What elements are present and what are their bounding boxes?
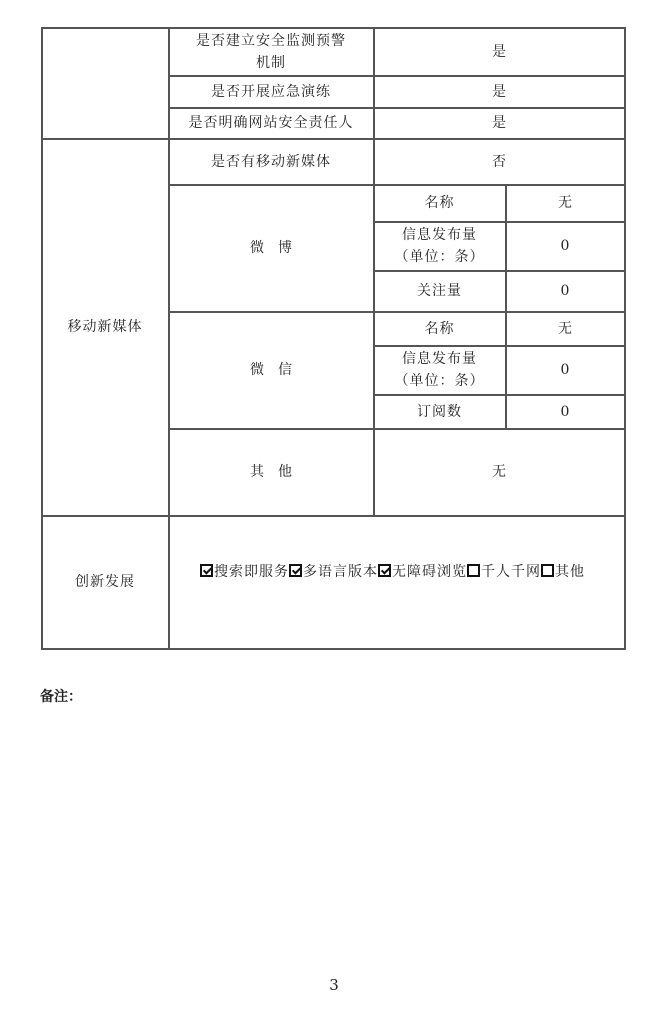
innovation-option[interactable]: 无障碍浏览 [378,564,467,580]
checkbox-checked-icon[interactable] [200,564,213,577]
innovation-options: 搜索即服务多语言版本无障碍浏览千人千网其他 [200,561,585,581]
security-label-drill: 是否开展应急演练 [169,76,373,107]
security-value-monitoring: 是 [374,28,625,75]
weibo-followers-value: 0 [506,271,625,311]
remarks-label: 备注： [40,686,82,706]
option-label: 多语言版本 [303,564,378,580]
security-value-drill: 是 [374,76,625,107]
innovation-option[interactable]: 多语言版本 [289,564,378,580]
has-mobile-media-label: 是否有移动新媒体 [169,139,373,184]
security-label-monitoring: 是否建立安全监测预警 机制 [169,28,373,75]
wechat-posts-label-unit: （单位：条） [395,370,485,392]
innovation-option[interactable]: 其他 [541,564,585,580]
innovation-section-label: 创新发展 [42,516,168,648]
weibo-posts-label: 信息发布量 （单位：条） [374,222,505,270]
security-label-responsible: 是否明确网站安全责任人 [169,108,373,138]
mobile-media-section-label: 移动新媒体 [42,139,168,515]
option-label: 搜索即服务 [214,564,289,580]
innovation-option[interactable]: 千人千网 [467,564,541,580]
checkbox-checked-icon[interactable] [289,564,302,577]
checkbox-unchecked-icon[interactable] [467,564,480,577]
page-number: 3 [0,976,668,994]
option-label: 千人千网 [481,564,541,580]
weibo-posts-label-main: 信息发布量 [402,224,477,246]
weibo-posts-label-unit: （单位：条） [395,246,485,268]
weibo-name-value: 无 [506,185,625,221]
weibo-label: 微博 [169,185,373,311]
other-media-label: 其他 [169,429,373,515]
wechat-subscribers-label: 订阅数 [374,395,505,428]
weibo-followers-label: 关注量 [374,271,505,311]
innovation-option[interactable]: 搜索即服务 [200,564,289,580]
security-value-responsible: 是 [374,108,625,138]
wechat-posts-label-main: 信息发布量 [402,348,477,370]
other-media-value: 无 [374,429,625,515]
checkbox-checked-icon[interactable] [378,564,391,577]
wechat-label: 微信 [169,312,373,428]
option-label: 无障碍浏览 [392,564,467,580]
option-label: 其他 [555,564,585,580]
wechat-name-value: 无 [506,312,625,345]
wechat-posts-label: 信息发布量 （单位：条） [374,346,505,394]
label-line-1: 是否建立安全监测预警 [196,30,346,52]
document-page: 是否建立安全监测预警 机制 是 是否开展应急演练 是 是否明确网站安全责任人 是… [0,0,668,1009]
wechat-posts-value: 0 [506,346,625,394]
wechat-name-label: 名称 [374,312,505,345]
has-mobile-media-value: 否 [374,139,625,184]
weibo-posts-value: 0 [506,222,625,270]
weibo-name-label: 名称 [374,185,505,221]
label-line-2: 机制 [256,52,286,74]
checkbox-unchecked-icon[interactable] [541,564,554,577]
wechat-subscribers-value: 0 [506,395,625,428]
